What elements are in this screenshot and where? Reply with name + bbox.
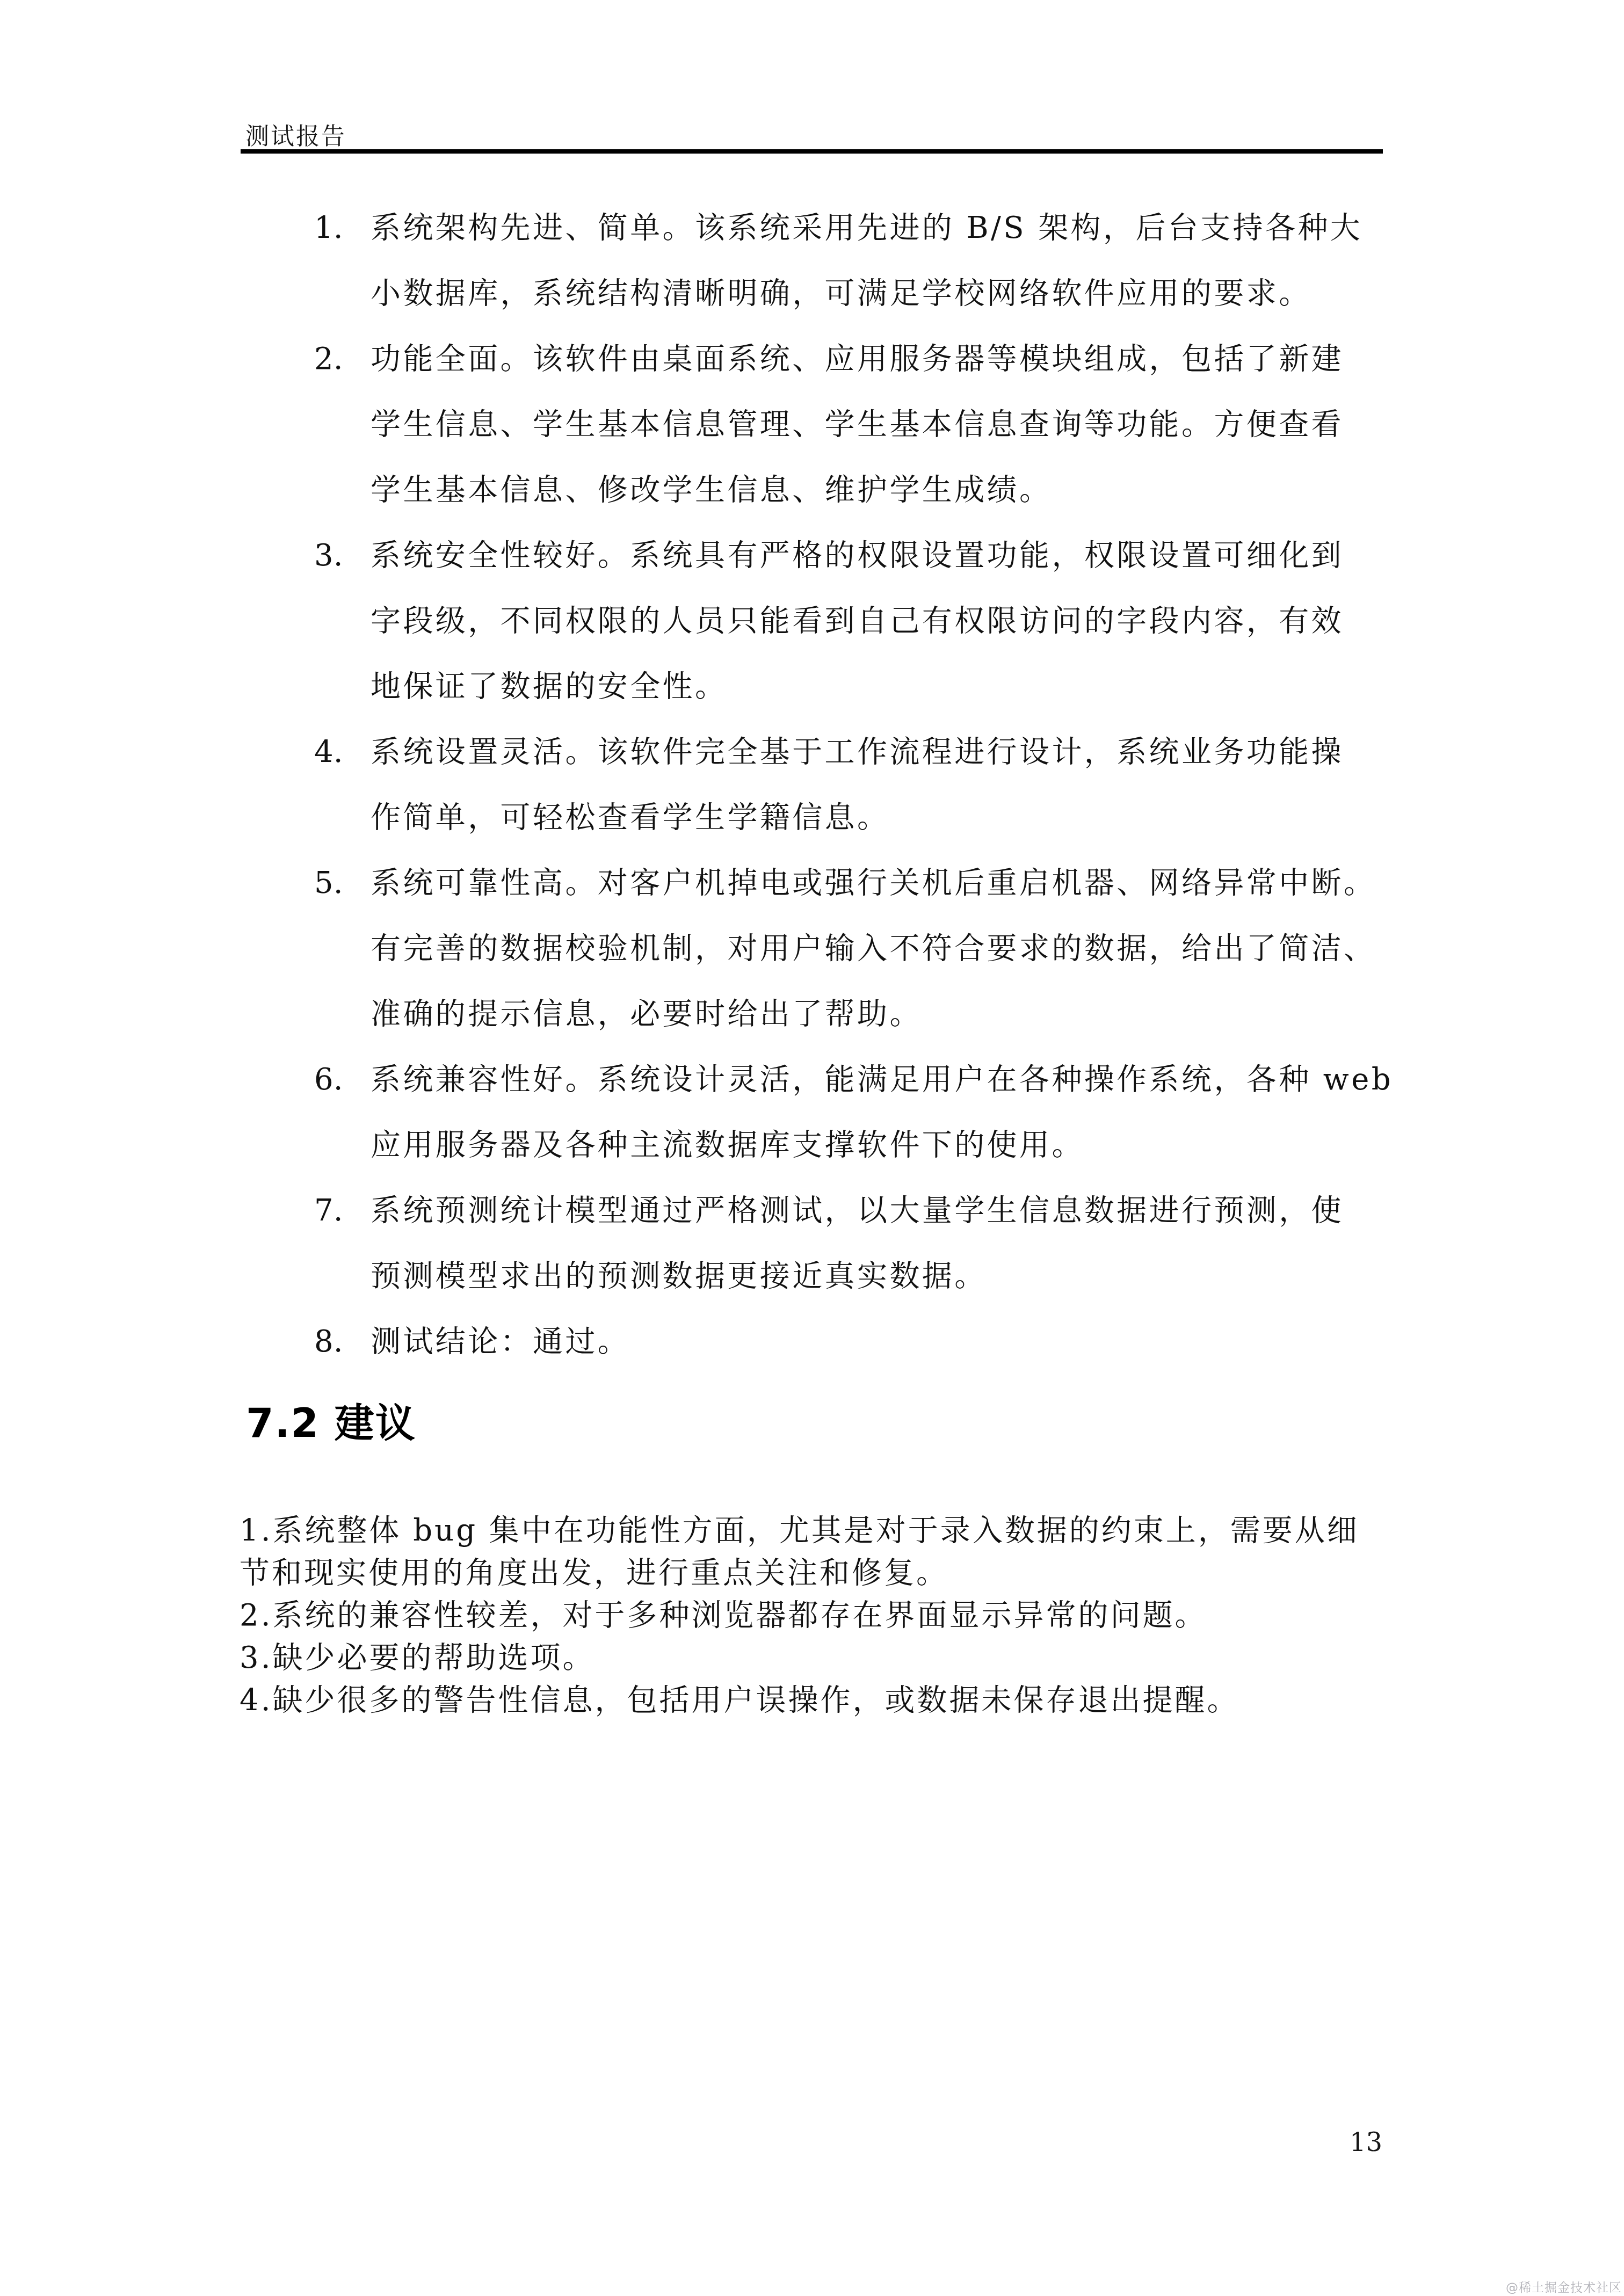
text-line: 作简单，可轻松查看学生学籍信息。 (371, 785, 1375, 851)
list-item: 5.系统可靠性高。对客户机掉电或强行关机后重启机器、网络异常中断。有完善的数据校… (314, 851, 1375, 1047)
list-item-number: 7. (314, 1178, 371, 1244)
text-line: 预测模型求出的预测数据更接近真实数据。 (371, 1244, 1375, 1309)
text-line: 系统可靠性高。对客户机掉电或强行关机后重启机器、网络异常中断。 (371, 851, 1375, 916)
list-item-text: 系统安全性较好。系统具有严格的权限设置功能，权限设置可细化到字段级，不同权限的人… (371, 523, 1375, 720)
list-item: 6.系统兼容性好。系统设计灵活，能满足用户在各种操作系统，各种 web应用服务器… (314, 1047, 1375, 1178)
list-item: 4.系统设置灵活。该软件完全基于工作流程进行设计，系统业务功能操作简单，可轻松查… (314, 720, 1375, 851)
list-item-number: 8. (314, 1309, 371, 1375)
list-item-number: 2. (314, 326, 371, 392)
list-item-number: 4. (314, 720, 371, 785)
list-item-text: 系统设置灵活。该软件完全基于工作流程进行设计，系统业务功能操作简单，可轻松查看学… (371, 720, 1375, 851)
text-line: 字段级，不同权限的人员只能看到自己有权限访问的字段内容，有效 (371, 588, 1375, 654)
running-header: 测试报告 (245, 117, 346, 151)
text-line: 系统安全性较好。系统具有严格的权限设置功能，权限设置可细化到 (371, 523, 1375, 588)
text-line: 小数据库，系统结构清晰明确，可满足学校网络软件应用的要求。 (371, 261, 1375, 326)
list-item: 7.系统预测统计模型通过严格测试，以大量学生信息数据进行预测，使预测模型求出的预… (314, 1178, 1375, 1309)
text-line: 系统预测统计模型通过严格测试，以大量学生信息数据进行预测，使 (371, 1178, 1375, 1244)
list-item-text: 系统兼容性好。系统设计灵活，能满足用户在各种操作系统，各种 web应用服务器及各… (371, 1047, 1375, 1178)
text-line: 系统兼容性好。系统设计灵活，能满足用户在各种操作系统，各种 web (371, 1047, 1375, 1113)
list-item: 3.系统安全性较好。系统具有严格的权限设置功能，权限设置可细化到字段级，不同权限… (314, 523, 1375, 720)
list-item-text: 系统预测统计模型通过严格测试，以大量学生信息数据进行预测，使预测模型求出的预测数… (371, 1178, 1375, 1309)
watermark: @稀土掘金技术社区 (1506, 2278, 1622, 2295)
document-page: 测试报告 1.系统架构先进、简单。该系统采用先进的 B/S 架构，后台支持各种大… (0, 0, 1624, 2296)
text-line: 功能全面。该软件由桌面系统、应用服务器等模块组成，包括了新建 (371, 326, 1375, 392)
page-number: 13 (1350, 2127, 1382, 2157)
list-item-number: 6. (314, 1047, 371, 1113)
text-line: 应用服务器及各种主流数据库支撑软件下的使用。 (371, 1113, 1375, 1178)
suggestion-line: 2.系统的兼容性较差，对于多种浏览器都存在界面显示异常的问题。 (240, 1594, 1400, 1637)
suggestion-line: 节和现实使用的角度出发，进行重点关注和修复。 (240, 1552, 1400, 1594)
text-line: 学生基本信息、修改学生信息、维护学生成绩。 (371, 457, 1375, 523)
section-heading: 7.2 建议 (246, 1392, 416, 1449)
conclusion-list: 1.系统架构先进、简单。该系统采用先进的 B/S 架构，后台支持各种大小数据库，… (314, 195, 1375, 1375)
suggestions-paragraphs: 1.系统整体 bug 集中在功能性方面，尤其是对于录入数据的约束上，需要从细节和… (240, 1509, 1400, 1721)
list-item-number: 3. (314, 523, 371, 588)
text-line: 系统设置灵活。该软件完全基于工作流程进行设计，系统业务功能操 (371, 720, 1375, 785)
text-line: 系统架构先进、简单。该系统采用先进的 B/S 架构，后台支持各种大 (371, 195, 1375, 261)
list-item-text: 系统可靠性高。对客户机掉电或强行关机后重启机器、网络异常中断。有完善的数据校验机… (371, 851, 1375, 1047)
list-item-text: 系统架构先进、简单。该系统采用先进的 B/S 架构，后台支持各种大小数据库，系统… (371, 195, 1375, 326)
text-line: 准确的提示信息，必要时给出了帮助。 (371, 982, 1375, 1047)
list-item: 1.系统架构先进、简单。该系统采用先进的 B/S 架构，后台支持各种大小数据库，… (314, 195, 1375, 326)
list-item: 2.功能全面。该软件由桌面系统、应用服务器等模块组成，包括了新建学生信息、学生基… (314, 326, 1375, 523)
suggestion-line: 4.缺少很多的警告性信息，包括用户误操作，或数据未保存退出提醒。 (240, 1679, 1400, 1721)
list-item-text: 测试结论：通过。 (371, 1309, 1375, 1375)
list-item: 8.测试结论：通过。 (314, 1309, 1375, 1375)
text-line: 测试结论：通过。 (371, 1309, 1375, 1375)
list-item-number: 1. (314, 195, 371, 261)
text-line: 学生信息、学生基本信息管理、学生基本信息查询等功能。方便查看 (371, 392, 1375, 457)
list-item-number: 5. (314, 851, 371, 916)
text-line: 有完善的数据校验机制，对用户输入不符合要求的数据，给出了简洁、 (371, 916, 1375, 982)
suggestion-line: 1.系统整体 bug 集中在功能性方面，尤其是对于录入数据的约束上，需要从细 (240, 1509, 1400, 1552)
list-item-text: 功能全面。该软件由桌面系统、应用服务器等模块组成，包括了新建学生信息、学生基本信… (371, 326, 1375, 523)
header-rule (241, 149, 1383, 154)
suggestion-line: 3.缺少必要的帮助选项。 (240, 1637, 1400, 1679)
text-line: 地保证了数据的安全性。 (371, 654, 1375, 720)
